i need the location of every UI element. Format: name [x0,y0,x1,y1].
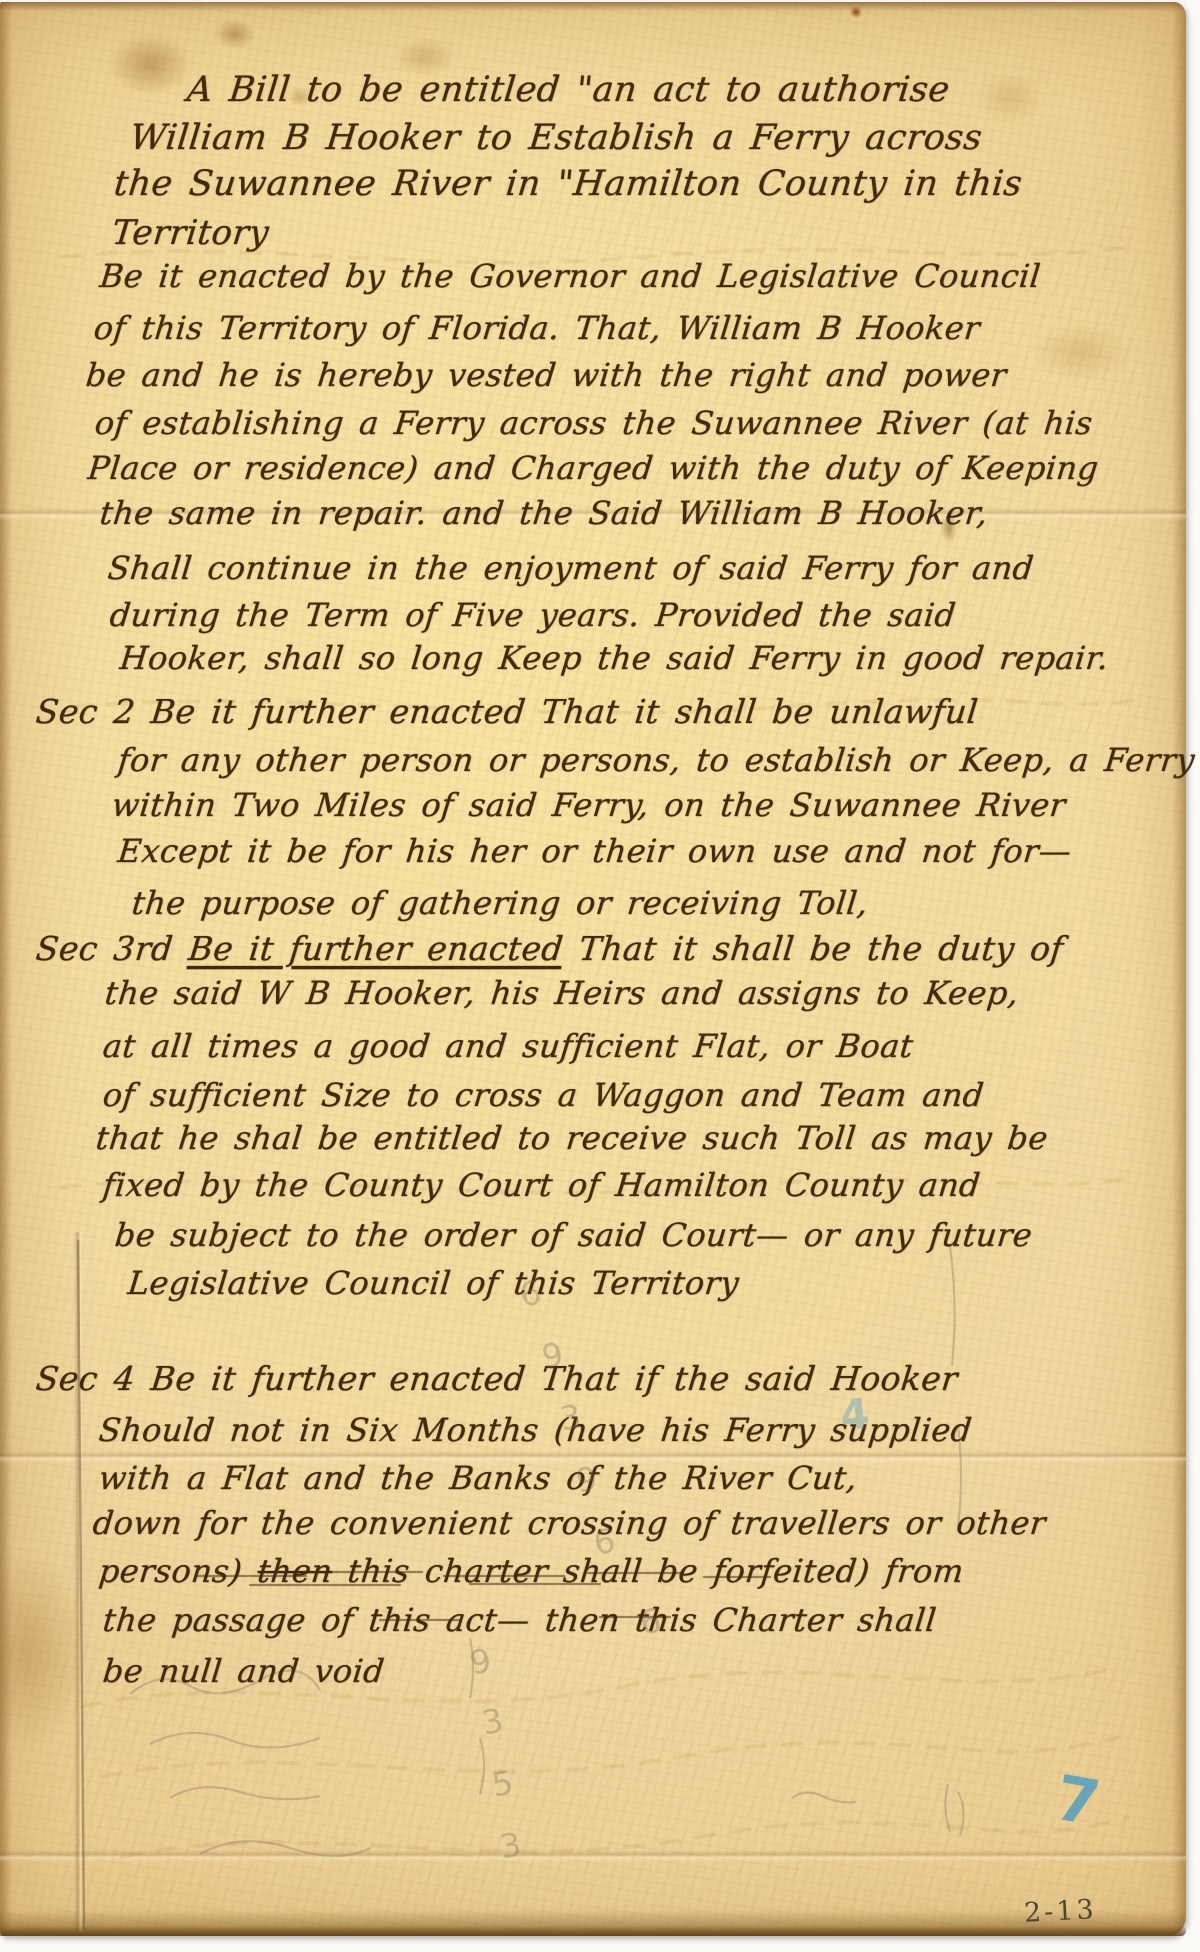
handwritten-line: at all times a good and sufficient Flat,… [101,1027,915,1065]
fold-crease [0,1850,1186,1862]
handwritten-line: with a Flat and the Banks of the River C… [97,1459,859,1497]
text-run: the Suwannee River in "Hamilton County i… [112,164,1024,204]
fold-crease-vertical [74,1232,83,1932]
handwritten-line: down for the convenient crossing of trav… [91,1504,1048,1542]
text-run: down for the convenient crossing of trav… [91,1504,1048,1542]
text-run: Except it be for his her or their own us… [116,832,1073,870]
text-run: Legislative Council of this Territory [126,1264,741,1302]
text-run: be null and void [101,1652,386,1690]
text-run: Sec 3rd [34,929,191,968]
blue-crayon-mark: 7 [1050,1761,1105,1840]
text-run: Sec 2 Be it further enacted That it shal… [34,692,980,731]
text-run: Territory [110,213,271,253]
text-run: That it shall be the duty of [561,929,1065,968]
text-run: of this Territory of Florida. That, Will… [92,309,982,347]
text-run: this charter shall be forfeited) from [330,1552,965,1590]
text-run: be subject to the order of said Court— o… [113,1216,1034,1254]
scan-background: { "page": { "kind": "handwritten legisla… [0,0,1200,1952]
pencil-digit-mark: 5 [489,1762,516,1804]
handwritten-line: Except it be for his her or their own us… [116,832,1073,870]
handwritten-line: Sec 4 Be it further enacted That if the … [34,1359,960,1398]
pencil-digit-mark: 9 [467,1640,494,1682]
paper-bottom-edge [0,1926,1186,1936]
handwritten-line: fixed by the County Court of Hamilton Co… [101,1166,982,1204]
handwritten-line: that he shal be entitled to receive such… [94,1119,1050,1157]
handwritten-line: within Two Miles of said Ferry, on the S… [110,786,1067,824]
handwritten-line: Sec 3rd Be it further enacted That it sh… [34,929,1065,968]
handwritten-line: the passage of this act— then this Chart… [101,1601,938,1639]
handwritten-line: of sufficient Size to cross a Waggon and… [101,1076,986,1114]
handwritten-line: be and he is hereby vested with the righ… [84,356,1009,394]
handwritten-line: be subject to the order of said Court— o… [113,1216,1034,1254]
text-run: persons) [97,1552,260,1590]
text-run: with a Flat and the Banks of the River C… [97,1459,859,1497]
handwritten-line: be null and void [101,1652,386,1690]
text-run: Shall continue in the enjoyment of said … [106,549,1036,587]
text-run: fixed by the County Court of Hamilton Co… [101,1166,982,1204]
handwritten-line: the Suwannee River in "Hamilton County i… [112,164,1024,204]
handwritten-line: the same in repair. and the Said William… [98,494,990,532]
text-run: that he shal be entitled to receive such… [94,1119,1050,1157]
handwritten-line: Shall continue in the enjoyment of said … [106,549,1036,587]
text-run: within Two Miles of said Ferry, on the S… [110,786,1067,824]
handwritten-line: of this Territory of Florida. That, Will… [92,309,982,347]
handwritten-line: of establishing a Ferry across the Suwan… [93,404,1094,442]
document-page: 2-13 A Bill to be entitled "an act to au… [0,2,1186,1936]
handwritten-line: during the Term of Five years. Provided … [108,596,958,634]
text-run: the said W B Hooker, his Heirs and assig… [103,974,1020,1012]
text-run: Be it further enacted [187,929,565,968]
text-run: Sec 4 Be it further enacted That if the … [34,1359,960,1398]
text-run: Hooker, shall so long Keep the said Ferr… [118,639,1111,677]
text-run: the same in repair. and the Said William… [98,494,990,532]
handwritten-line: persons) then this charter shall be forf… [97,1552,966,1590]
handwritten-line: A Bill to be entitled "an act to authori… [185,70,952,110]
handwritten-line: the purpose of gathering or receiving To… [130,884,870,922]
text-run: the purpose of gathering or receiving To… [130,884,870,922]
text-run: A Bill to be entitled "an act to authori… [185,70,952,110]
handwritten-line: Sec 2 Be it further enacted That it shal… [34,692,980,731]
handwritten-line: Place or residence) and Charged with the… [86,449,1100,487]
handwritten-line: Legislative Council of this Territory [126,1264,741,1302]
text-run: at all times a good and sufficient Flat,… [101,1027,915,1065]
text-run: then [256,1552,335,1590]
text-run: of establishing a Ferry across the Suwan… [93,404,1094,442]
blue-crayon-mark: 4 [838,1389,872,1441]
handwritten-line: Territory [110,213,271,253]
text-run: William B Hooker to Establish a Ferry ac… [128,118,984,158]
handwritten-line: William B Hooker to Establish a Ferry ac… [128,118,984,158]
handwritten-line: for any other person or persons, to esta… [116,741,1197,779]
handwritten-line: Hooker, shall so long Keep the said Ferr… [118,639,1111,677]
text-run: Place or residence) and Charged with the… [86,449,1100,487]
handwritten-line: the said W B Hooker, his Heirs and assig… [103,974,1020,1012]
text-run: for any other person or persons, to esta… [116,741,1197,779]
text-run: of sufficient Size to cross a Waggon and… [101,1076,986,1114]
text-run: during the Term of Five years. Provided … [108,596,958,634]
text-run: the passage of this act— then this Chart… [101,1601,938,1639]
handwritten-line: Be it enacted by the Governor and Legisl… [98,257,1043,295]
text-run: be and he is hereby vested with the righ… [84,356,1009,394]
archival-page-number: 2-13 [1023,1894,1097,1929]
pencil-digit-mark: 3 [479,1700,506,1742]
text-run: Be it enacted by the Governor and Legisl… [98,257,1043,295]
